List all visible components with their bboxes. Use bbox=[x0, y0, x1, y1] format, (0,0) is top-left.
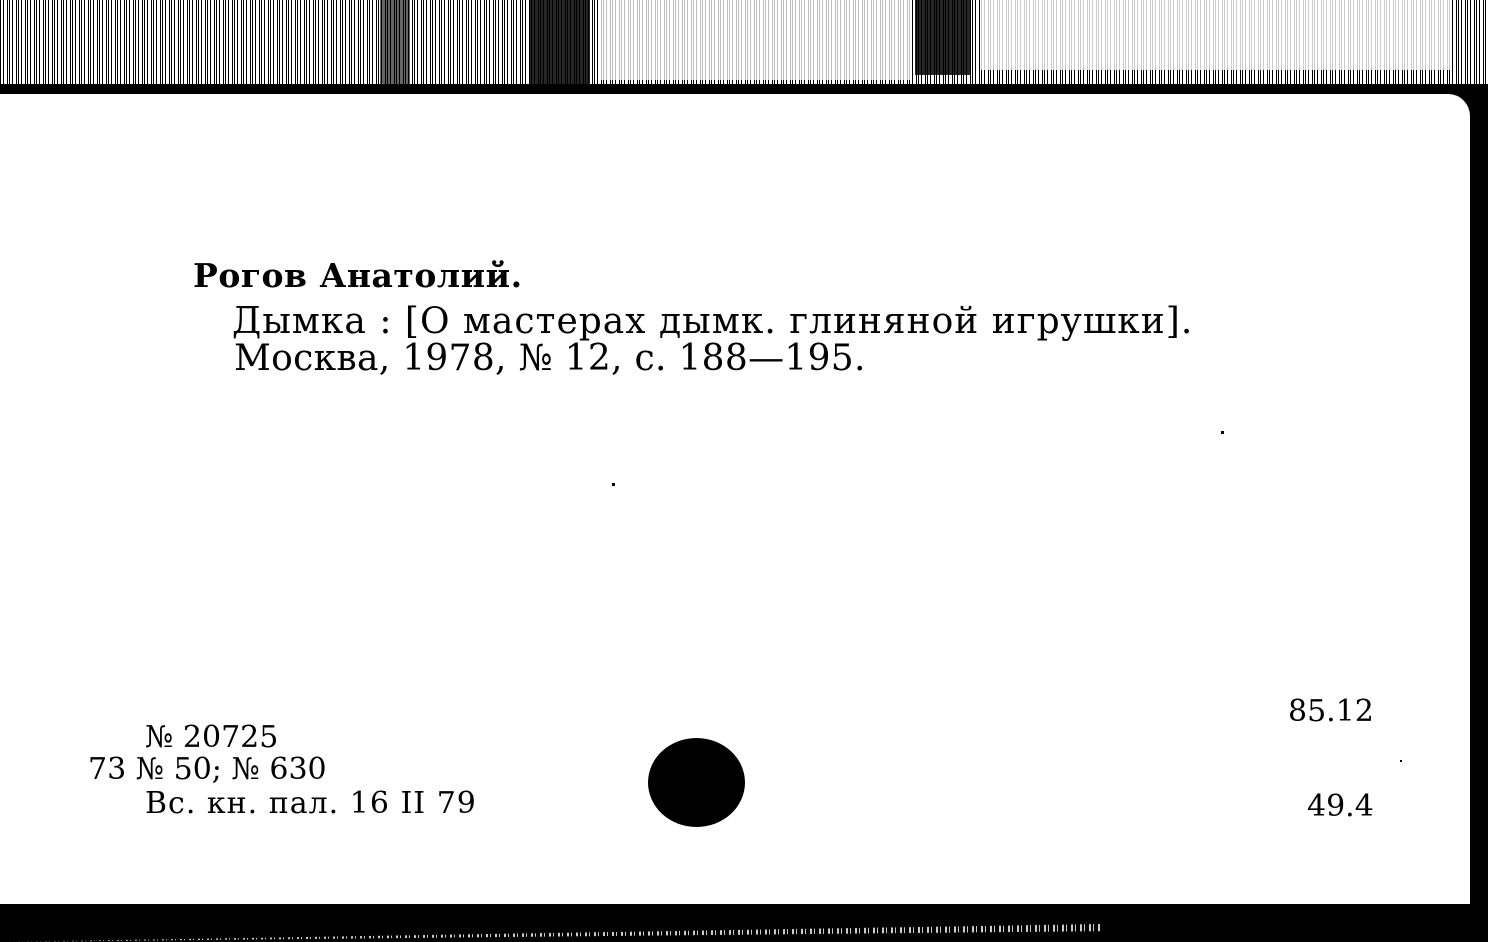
book-chamber-note: Вс. кн. пал. 16 II 79 bbox=[145, 786, 477, 821]
title-line: Дымка : [О мастерах дымк. глиняной игруш… bbox=[232, 301, 1193, 342]
classification-secondary: 49.4 bbox=[1307, 789, 1374, 824]
scan-noise bbox=[915, 0, 970, 75]
record-number: № 20725 bbox=[145, 720, 278, 755]
source-line: Москва, 1978, № 12, с. 188—195. bbox=[234, 338, 866, 379]
scan-speck bbox=[1400, 760, 1402, 762]
card-right-edge bbox=[1472, 96, 1488, 911]
scan-artifact-bottom bbox=[0, 904, 1488, 942]
scan-speck bbox=[1221, 431, 1224, 434]
scan-noise bbox=[980, 0, 1450, 70]
scan-artifact-top bbox=[0, 0, 1488, 96]
classification-primary: 85.12 bbox=[1288, 694, 1374, 729]
author-heading: Рогов Анатолий. bbox=[193, 256, 523, 295]
punch-hole-icon bbox=[648, 738, 745, 827]
scan-speck bbox=[612, 483, 615, 486]
scan-noise bbox=[600, 0, 910, 80]
reference-numbers: 73 № 50; № 630 bbox=[88, 752, 327, 787]
scan-noise bbox=[0, 924, 1100, 942]
scan-noise bbox=[530, 0, 590, 88]
scan-noise bbox=[380, 0, 410, 88]
